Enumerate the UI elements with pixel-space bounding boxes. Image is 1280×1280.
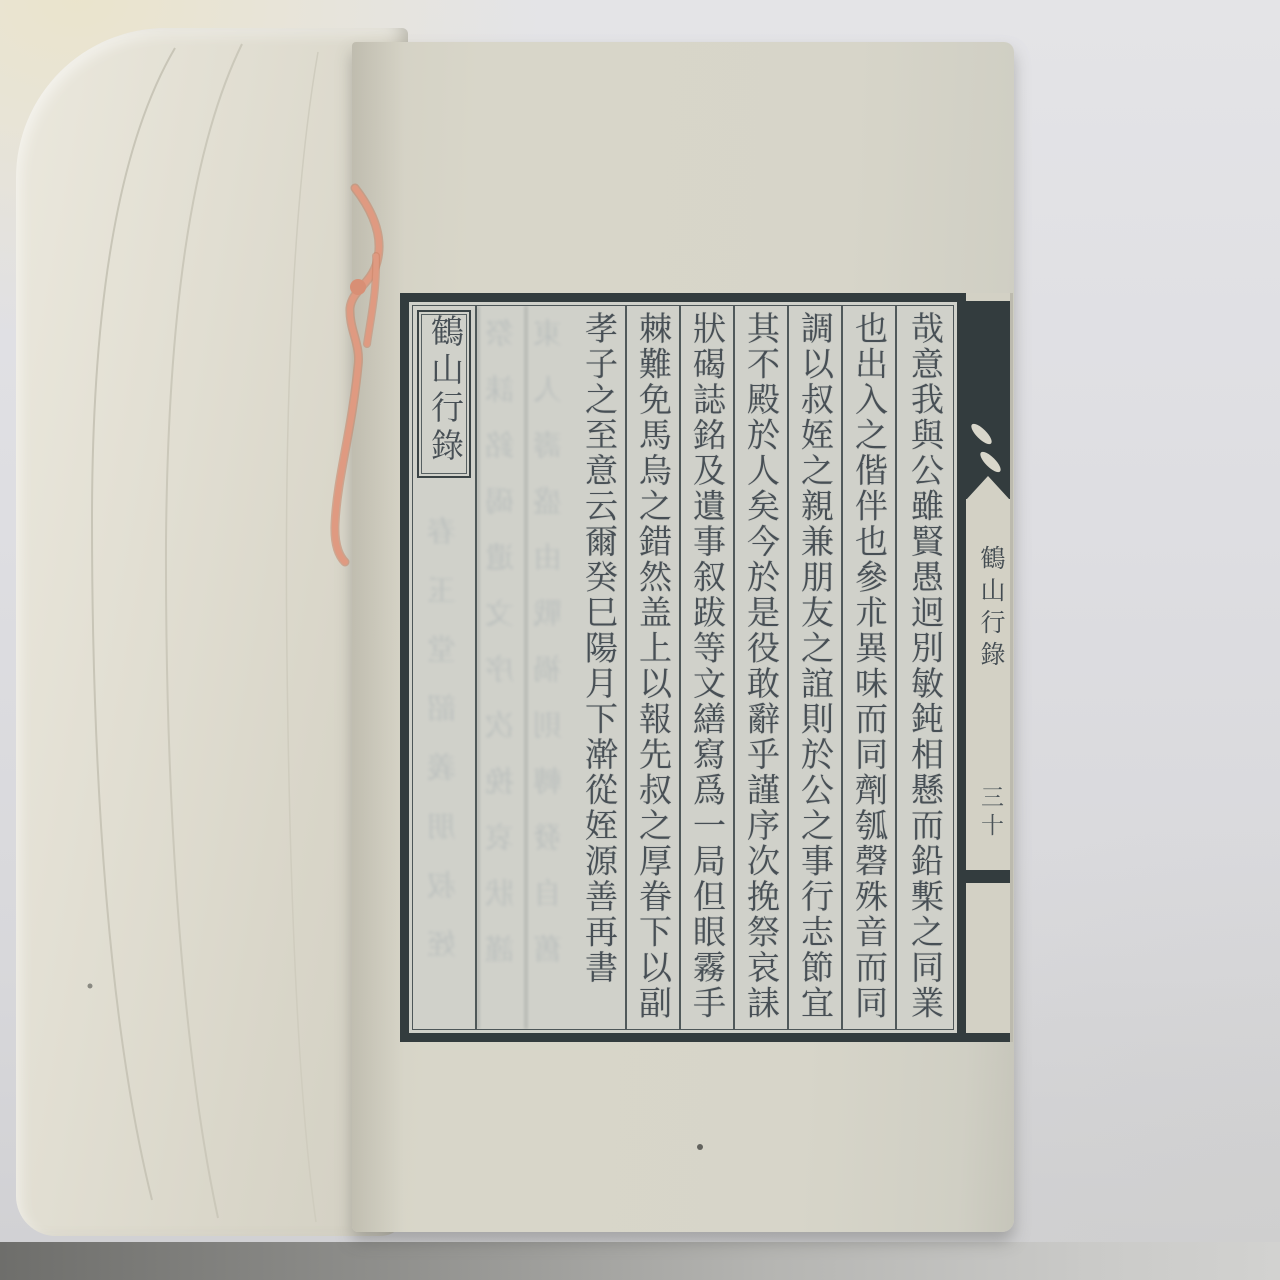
text-column-2: 也出入之偕伴也參朮異味而同劑瓠磬殊音而同 [843, 306, 897, 1029]
fishtail-petal [968, 421, 994, 447]
printed-frame: 鶴山行錄 春玉堂韶義朋叔姪 祭誄銘碣遺文序次挽哀狀謹 東人壽盛由戰禍則轉發自舊 … [400, 293, 966, 1042]
text-column-3: 調以叔姪之親兼朋友之誼則於公之事行志節宜 [789, 306, 843, 1029]
turned-pages-stack [16, 28, 408, 1236]
banxin-black-bar [966, 301, 1010, 413]
text-column-7: 孝子之至意云爾癸巳陽月下澣從姪源善再書 [573, 306, 627, 1029]
banxin-title: 鶴山行錄 [971, 545, 1009, 673]
page-title: 鶴山行錄 [420, 312, 468, 476]
banxin-bottom-border [966, 1033, 1010, 1042]
text-column-1: 哉意我與公雖賢愚迥別敏鈍相懸而鉛槧之同業 [897, 306, 951, 1029]
banxin-black-band [966, 870, 1010, 883]
showthrough-text: 春玉堂韶義朋叔姪 [417, 516, 471, 988]
banxin-fold-column: 鶴山行錄 三十 [966, 293, 1013, 1042]
showthrough-column: 東人壽盛由戰禍則轉發自舊 [525, 306, 573, 1029]
fishtail-petal [977, 449, 1003, 475]
fishtail-icon [966, 413, 1010, 499]
page-gutter-shading [352, 42, 404, 1232]
folio-number: 三十 [975, 785, 1005, 841]
text-column-4: 其不殿於人矣今於是役敢辭乎謹序次挽祭哀誄 [735, 306, 789, 1029]
text-column-6: 棘難免馬烏之錯然盖上以報先叔之厚眷下以副 [627, 306, 681, 1029]
title-box: 鶴山行錄 [417, 310, 471, 478]
title-column: 鶴山行錄 春玉堂韶義朋叔姪 [413, 306, 477, 1029]
table-edge-shadow [0, 1242, 1280, 1280]
text-column-5: 狀碣誌銘及遺事叙跋等文繕寫爲一局但眼霧手 [681, 306, 735, 1029]
frame-inner-border: 鶴山行錄 春玉堂韶義朋叔姪 祭誄銘碣遺文序次挽哀狀謹 東人壽盛由戰禍則轉發自舊 … [412, 305, 954, 1030]
showthrough-column: 祭誄銘碣遺文序次挽哀狀謹 [477, 306, 525, 1029]
